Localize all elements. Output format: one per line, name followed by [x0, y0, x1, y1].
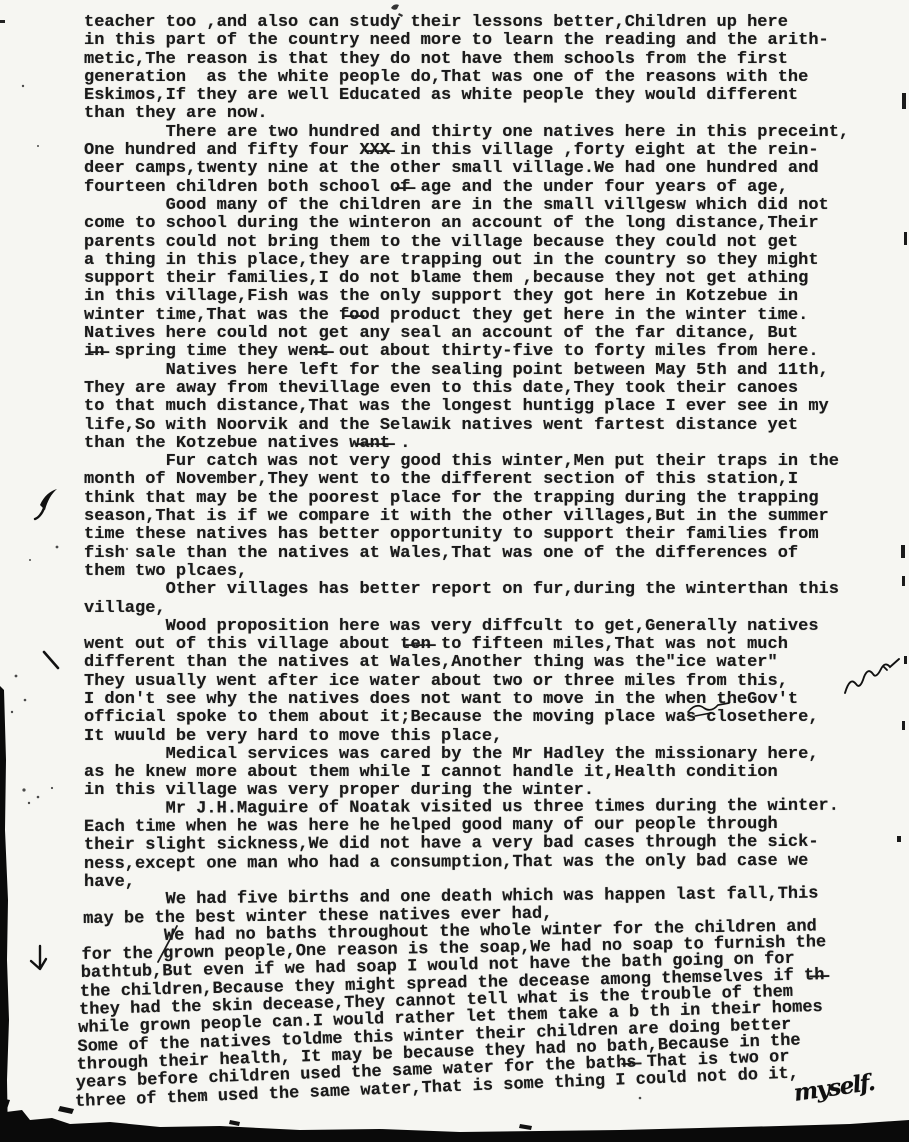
- handwritten-note-right: [845, 659, 899, 693]
- document-line: I don't see why the natives does not wan…: [84, 691, 849, 709]
- document-line: i̶n̶ spring time they wen̶t̶ out about t…: [84, 343, 849, 361]
- document-line: than they are now.: [84, 105, 849, 123]
- document-line: Fur catch was not very good this winter,…: [84, 453, 849, 471]
- margin-arrow-mark: [31, 946, 46, 969]
- document-line: Good many of the children are in the sma…: [84, 197, 849, 215]
- typewritten-text: teacher too ,and also can study their le…: [84, 14, 849, 1112]
- document-line: They usually went after ice water about …: [84, 673, 849, 691]
- document-line: Natives here could not get any seal an a…: [84, 325, 849, 343]
- margin-check-mark: [35, 489, 57, 519]
- document-line: It wuuld be very hard to move this place…: [84, 728, 849, 746]
- document-line: Eskimos,If they are well Educated as whi…: [84, 87, 849, 105]
- document-line: They are away from thevillage even to th…: [84, 380, 849, 398]
- document-line: come to school during the winteron an ac…: [84, 215, 849, 233]
- document-line: as he knew more about them while I canno…: [84, 764, 849, 782]
- document-line: teacher too ,and also can study their le…: [84, 14, 849, 32]
- top-left-dash: [0, 20, 5, 23]
- document-line: life,So with Noorvik and the Selawik nat…: [84, 417, 849, 435]
- document-line: village,: [84, 600, 849, 618]
- document-line: One hundred and fifty four X̶X̶X̶ in thi…: [84, 142, 849, 160]
- document-line: parents could not bring them to the vill…: [84, 234, 849, 252]
- document-line: support their families,I do not blame th…: [84, 270, 849, 288]
- document-line: different than the natives at Wales,Anot…: [84, 654, 849, 672]
- document-line: fourteen children both school o̶f̶ age a…: [84, 179, 849, 197]
- document-line: month of November,They went to the diffe…: [84, 471, 849, 489]
- document-line: Other villages has better report on fur,…: [84, 581, 849, 599]
- document-line: season,That is if we compare it with the…: [84, 508, 849, 526]
- document-line: generation as the white people do,That w…: [84, 69, 849, 87]
- scanned-document-page: teacher too ,and also can study their le…: [0, 0, 909, 1142]
- right-edge-ticks: [897, 93, 907, 842]
- document-line: deer camps,twenty nine at the other smal…: [84, 160, 849, 178]
- document-line: metic,The reason is that they do not hav…: [84, 51, 849, 69]
- document-line: them two plcaes,: [84, 563, 849, 581]
- document-line: went out of this village about t̶e̶n̶ to…: [84, 636, 849, 654]
- document-line: in this village,Fish was the only suppor…: [84, 288, 849, 306]
- document-line: There are two hundred and thirty one nat…: [84, 124, 849, 142]
- document-line: time these natives has better opportunit…: [84, 526, 849, 544]
- document-line: Medical services was cared by the Mr Had…: [84, 746, 849, 764]
- document-line: Natives here left for the sealing point …: [84, 362, 849, 380]
- margin-slash-mark: [44, 652, 58, 668]
- left-edge-scan-border: [0, 686, 9, 1142]
- document-line: Wood proposition here was very diffcult …: [84, 618, 849, 636]
- document-line: think that may be the poorest place for …: [84, 490, 849, 508]
- document-line: winter time,That was the f̶o̶od product …: [84, 307, 849, 325]
- document-line: to that much distance,That was the longe…: [84, 398, 849, 416]
- document-line: fish sale than the natives at Wales,That…: [84, 545, 849, 563]
- document-line: official spoke to them about it;Because …: [84, 709, 849, 727]
- document-line: than the Kotzebue natives w̶a̶n̶t̶ .: [84, 435, 849, 453]
- document-line: in this part of the country need more to…: [84, 32, 849, 50]
- document-line: a thing in this place,they are trapping …: [84, 252, 849, 270]
